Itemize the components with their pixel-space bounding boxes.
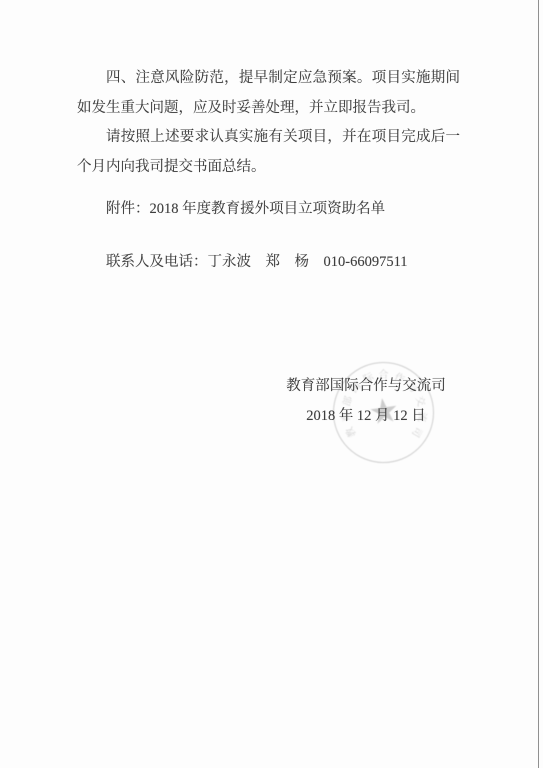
document-page: 四、注意风险防范，提早制定应急预案。项目实施期间如发生重大问题，应及时妥善处理，… — [0, 0, 543, 768]
signature-block: 教育部国际合作与交流司 2018 年 12 月 12 日 — [241, 372, 491, 431]
paragraph-risk-prevention: 四、注意风险防范，提早制定应急预案。项目实施期间如发生重大问题，应及时妥善处理，… — [77, 64, 460, 123]
signature-date: 2018 年 12 月 12 日 — [241, 402, 491, 432]
attachment-line: 附件：2018 年度教育援外项目立项资助名单 — [77, 195, 497, 225]
scan-edge-line — [538, 0, 539, 768]
paragraph-implementation-request: 请按照上述要求认真实施有关项目，并在项目完成后一个月内向我司提交书面总结。 — [77, 123, 460, 182]
body-text: 四、注意风险防范，提早制定应急预案。项目实施期间如发生重大问题，应及时妥善处理，… — [77, 64, 460, 182]
signature-department: 教育部国际合作与交流司 — [241, 372, 491, 402]
contact-line: 联系人及电话：丁永波 郑 杨 010-66097511 — [77, 248, 497, 278]
